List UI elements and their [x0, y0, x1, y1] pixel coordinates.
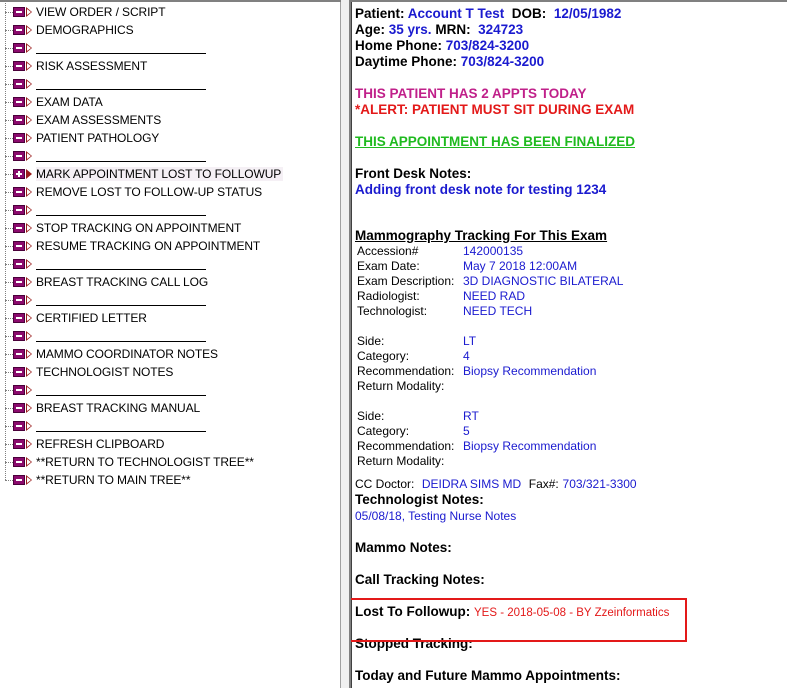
collapse-node-icon[interactable] — [13, 151, 25, 161]
collapse-node-icon[interactable] — [13, 205, 25, 215]
future-appointments-label: Today and Future Mammo Appointments: — [355, 668, 669, 684]
separator-line — [36, 330, 206, 342]
collapse-node-icon[interactable] — [13, 79, 25, 89]
patient-detail-pane: Patient: Account T Test DOB: 12/05/1982 … — [349, 2, 787, 688]
pane-splitter[interactable] — [341, 0, 349, 688]
arrow-right-icon — [26, 97, 32, 107]
tree-separator[interactable] — [0, 255, 283, 273]
patient-detail: Patient: Account T Test DOB: 12/05/1982 … — [355, 6, 669, 684]
tracking-label: Radiologist: — [357, 289, 463, 304]
arrow-right-icon — [26, 295, 32, 305]
arrow-right-icon — [26, 115, 32, 125]
arrow-right-icon — [26, 403, 32, 413]
tracking-label: Category: — [357, 424, 463, 439]
collapse-node-icon[interactable] — [13, 349, 25, 359]
tree-connector — [5, 318, 13, 319]
tracking-value: 142000135 — [463, 244, 523, 259]
tree-connector — [5, 30, 13, 31]
tracking-row: Return Modality: — [355, 454, 669, 469]
tree-item-label: DEMOGRAPHICS — [36, 23, 133, 37]
collapse-node-icon[interactable] — [13, 403, 25, 413]
arrow-right-icon — [26, 439, 32, 449]
tree-separator[interactable] — [0, 327, 283, 345]
tree-connector — [5, 426, 13, 427]
action-tree-pane[interactable]: VIEW ORDER / SCRIPTDEMOGRAPHICSRISK ASSE… — [0, 2, 341, 688]
tree-item-label: **RETURN TO MAIN TREE** — [36, 473, 190, 487]
tree-item[interactable]: DEMOGRAPHICS — [0, 21, 283, 39]
collapse-node-icon[interactable] — [13, 7, 25, 17]
front-desk-note: Adding front desk note for testing 1234 — [355, 182, 669, 198]
tracking-row: Side:LT — [355, 334, 669, 349]
finalized-status: THIS APPOINTMENT HAS BEEN FINALIZED — [355, 134, 669, 150]
tree-connector — [5, 408, 13, 409]
tracking-value: 4 — [463, 349, 470, 364]
collapse-node-icon[interactable] — [13, 313, 25, 323]
tree-connector — [5, 480, 13, 481]
tree-item-label: MARK APPOINTMENT LOST TO FOLLOWUP — [36, 167, 283, 181]
tracking-value: 3D DIAGNOSTIC BILATERAL — [463, 274, 623, 289]
tree-item[interactable]: BREAST TRACKING CALL LOG — [0, 273, 283, 291]
tracking-label: Side: — [357, 334, 463, 349]
action-tree[interactable]: VIEW ORDER / SCRIPTDEMOGRAPHICSRISK ASSE… — [0, 3, 283, 489]
collapse-node-icon[interactable] — [13, 25, 25, 35]
tree-item-label: EXAM ASSESSMENTS — [36, 113, 161, 127]
tree-connector — [5, 444, 13, 445]
tree-separator[interactable] — [0, 39, 283, 57]
collapse-node-icon[interactable] — [13, 223, 25, 233]
tree-item[interactable]: REMOVE LOST TO FOLLOW-UP STATUS — [0, 183, 283, 201]
tree-item-label: MAMMO COORDINATOR NOTES — [36, 347, 218, 361]
tree-item[interactable]: EXAM DATA — [0, 93, 283, 111]
cc-doctor-fax: 703/321-3300 — [563, 477, 637, 491]
collapse-node-icon[interactable] — [13, 331, 25, 341]
arrow-right-icon — [26, 475, 32, 485]
patient-mrn: 324723 — [478, 22, 523, 37]
tree-item[interactable]: PATIENT PATHOLOGY — [0, 129, 283, 147]
tracking-row: Accession#142000135 — [355, 244, 669, 259]
tree-item[interactable]: RISK ASSESSMENT — [0, 57, 283, 75]
tree-connector — [5, 336, 13, 337]
separator-line — [36, 78, 206, 90]
tree-item-label: **RETURN TO TECHNOLOGIST TREE** — [36, 455, 254, 469]
patient-name: Account T Test — [408, 6, 505, 21]
tracking-value: NEED TECH — [463, 304, 532, 319]
arrow-right-icon — [26, 205, 32, 215]
tracking-label: Side: — [357, 409, 463, 424]
home-phone-line: Home Phone: 703/824-3200 — [355, 38, 669, 54]
tree-item-label: PATIENT PATHOLOGY — [36, 131, 159, 145]
lost-to-followup-highlight — [349, 598, 687, 642]
tree-item-label: RESUME TRACKING ON APPOINTMENT — [36, 239, 260, 253]
tree-separator[interactable] — [0, 75, 283, 93]
tree-item[interactable]: **RETURN TO MAIN TREE** — [0, 471, 283, 489]
tree-item-label: BREAST TRACKING MANUAL — [36, 401, 200, 415]
patient-age: 35 yrs. — [389, 22, 432, 37]
collapse-node-icon[interactable] — [13, 385, 25, 395]
tree-connector — [5, 192, 13, 193]
tracking-row: Exam Date:May 7 2018 12:00AM — [355, 259, 669, 274]
tree-connector — [5, 210, 13, 211]
tracking-label: Exam Description: — [357, 274, 463, 289]
tree-connector — [5, 246, 13, 247]
technologist-note: 05/08/18, Testing Nurse Notes — [355, 508, 669, 524]
tree-item[interactable]: STOP TRACKING ON APPOINTMENT — [0, 219, 283, 237]
tree-item[interactable]: TECHNOLOGIST NOTES — [0, 363, 283, 381]
tree-item-label: BREAST TRACKING CALL LOG — [36, 275, 208, 289]
tree-connector — [5, 390, 13, 391]
tracking-row: Recommendation:Biopsy Recommendation — [355, 439, 669, 454]
collapse-node-icon[interactable] — [13, 259, 25, 269]
collapse-node-icon[interactable] — [13, 421, 25, 431]
tree-item[interactable]: RESUME TRACKING ON APPOINTMENT — [0, 237, 283, 255]
arrow-right-icon — [26, 223, 32, 233]
tracking-value: May 7 2018 12:00AM — [463, 259, 577, 274]
mammo-notes-label: Mammo Notes: — [355, 540, 669, 556]
arrow-right-icon — [26, 25, 32, 35]
collapse-node-icon[interactable] — [13, 115, 25, 125]
tracking-label: Return Modality: — [357, 454, 463, 469]
collapse-node-icon[interactable] — [13, 241, 25, 251]
home-phone: 703/824-3200 — [446, 38, 529, 53]
tracking-label: Recommendation: — [357, 364, 463, 379]
tree-item[interactable]: **RETURN TO TECHNOLOGIST TREE** — [0, 453, 283, 471]
separator-line — [36, 294, 206, 306]
tracking-label: Return Modality: — [357, 379, 463, 394]
tree-item-label: TECHNOLOGIST NOTES — [36, 365, 173, 379]
tree-connector — [5, 66, 13, 67]
tree-connector — [5, 228, 13, 229]
separator-line — [36, 258, 206, 270]
tracking-value: RT — [463, 409, 479, 424]
collapse-node-icon[interactable] — [13, 457, 25, 467]
collapse-node-icon[interactable] — [13, 43, 25, 53]
tree-separator[interactable] — [0, 417, 283, 435]
tracking-title: Mammography Tracking For This Exam — [355, 228, 669, 244]
tracking-label: Technologist: — [357, 304, 463, 319]
tree-item[interactable]: BREAST TRACKING MANUAL — [0, 399, 283, 417]
collapse-node-icon[interactable] — [13, 475, 25, 485]
arrow-right-icon — [26, 331, 32, 341]
tree-connector — [5, 102, 13, 103]
tree-item-label: EXAM DATA — [36, 95, 103, 109]
tracking-row: Recommendation:Biopsy Recommendation — [355, 364, 669, 379]
tracking-label: Recommendation: — [357, 439, 463, 454]
tracking-value: 5 — [463, 424, 470, 439]
tree-connector — [5, 120, 13, 121]
tree-item[interactable]: MAMMO COORDINATOR NOTES — [0, 345, 283, 363]
tracking-label: Accession# — [357, 244, 463, 259]
tree-connector — [5, 300, 13, 301]
tracking-row: Category:5 — [355, 424, 669, 439]
tree-connector — [5, 462, 13, 463]
tree-separator[interactable] — [0, 201, 283, 219]
tree-connector — [5, 48, 13, 49]
tree-connector — [5, 282, 13, 283]
collapse-node-icon[interactable] — [13, 61, 25, 71]
separator-line — [36, 420, 206, 432]
tree-item-label: REMOVE LOST TO FOLLOW-UP STATUS — [36, 185, 262, 199]
tracking-label: Category: — [357, 349, 463, 364]
arrow-right-icon — [26, 151, 32, 161]
separator-line — [36, 42, 206, 54]
tree-item[interactable]: MARK APPOINTMENT LOST TO FOLLOWUP — [0, 165, 283, 183]
arrow-right-icon — [26, 43, 32, 53]
age-line: Age: 35 yrs. MRN: 324723 — [355, 22, 669, 38]
tracking-value: Biopsy Recommendation — [463, 364, 596, 379]
collapse-node-icon[interactable] — [13, 133, 25, 143]
tree-connector — [5, 354, 13, 355]
arrow-right-icon — [26, 61, 32, 71]
arrow-right-icon — [26, 259, 32, 269]
arrow-right-icon — [26, 457, 32, 467]
tree-item-label: STOP TRACKING ON APPOINTMENT — [36, 221, 241, 235]
tracking-value: Biopsy Recommendation — [463, 439, 596, 454]
tracking-value: LT — [463, 334, 476, 349]
arrow-right-icon — [26, 367, 32, 377]
daytime-phone-line: Daytime Phone: 703/824-3200 — [355, 54, 669, 70]
daytime-phone: 703/824-3200 — [461, 54, 544, 69]
front-desk-notes-label: Front Desk Notes: — [355, 166, 669, 182]
collapse-node-icon[interactable] — [13, 97, 25, 107]
tree-connector — [5, 156, 13, 157]
cc-doctor-line: CC Doctor: DEIDRA SIMS MD Fax#: 703/321-… — [355, 476, 669, 492]
tree-separator[interactable] — [0, 147, 283, 165]
tree-connector — [5, 12, 13, 13]
arrow-right-icon — [26, 7, 32, 17]
tree-connector — [5, 84, 13, 85]
collapse-node-icon[interactable] — [13, 187, 25, 197]
tree-item[interactable]: VIEW ORDER / SCRIPT — [0, 3, 283, 21]
expand-node-icon[interactable] — [13, 169, 25, 179]
tree-separator[interactable] — [0, 291, 283, 309]
technologist-notes-label: Technologist Notes: — [355, 492, 669, 508]
collapse-node-icon[interactable] — [13, 295, 25, 305]
separator-line — [36, 384, 206, 396]
arrow-right-icon — [26, 241, 32, 251]
patient-dob: 12/05/1982 — [554, 6, 622, 21]
tree-separator[interactable] — [0, 381, 283, 399]
patient-line: Patient: Account T Test DOB: 12/05/1982 — [355, 6, 669, 22]
tree-connector — [5, 372, 13, 373]
tree-connector — [5, 138, 13, 139]
arrow-right-icon — [26, 169, 32, 179]
tree-item-label: RISK ASSESSMENT — [36, 59, 147, 73]
tree-item[interactable]: EXAM ASSESSMENTS — [0, 111, 283, 129]
tree-connector — [5, 174, 13, 175]
tree-item-label: CERTIFIED LETTER — [36, 311, 147, 325]
tracking-row: Exam Description:3D DIAGNOSTIC BILATERAL — [355, 274, 669, 289]
tracking-row: Return Modality: — [355, 379, 669, 394]
tracking-row: Side:RT — [355, 409, 669, 424]
arrow-right-icon — [26, 385, 32, 395]
tracking-value: NEED RAD — [463, 289, 525, 304]
collapse-node-icon[interactable] — [13, 367, 25, 377]
tracking-row: Technologist:NEED TECH — [355, 304, 669, 319]
tracking-details: Accession#142000135Exam Date:May 7 2018 … — [355, 244, 669, 469]
tree-item[interactable]: REFRESH CLIPBOARD — [0, 435, 283, 453]
collapse-node-icon[interactable] — [13, 277, 25, 287]
arrow-right-icon — [26, 313, 32, 323]
tree-connector — [5, 264, 13, 265]
tracking-label: Exam Date: — [357, 259, 463, 274]
separator-line — [36, 204, 206, 216]
arrow-right-icon — [26, 79, 32, 89]
appts-today-alert: THIS PATIENT HAS 2 APPTS TODAY — [355, 86, 669, 102]
separator-line — [36, 150, 206, 162]
collapse-node-icon[interactable] — [13, 439, 25, 449]
arrow-right-icon — [26, 277, 32, 287]
arrow-right-icon — [26, 133, 32, 143]
arrow-right-icon — [26, 349, 32, 359]
tracking-row: Category:4 — [355, 349, 669, 364]
tracking-row: Radiologist:NEED RAD — [355, 289, 669, 304]
cc-doctor-name: DEIDRA SIMS MD — [422, 477, 521, 491]
call-tracking-notes-label: Call Tracking Notes: — [355, 572, 669, 588]
tree-item-label: REFRESH CLIPBOARD — [36, 437, 164, 451]
arrow-right-icon — [26, 187, 32, 197]
arrow-right-icon — [26, 421, 32, 431]
tree-item[interactable]: CERTIFIED LETTER — [0, 309, 283, 327]
tree-item-label: VIEW ORDER / SCRIPT — [36, 5, 165, 19]
sit-during-exam-alert: *ALERT: PATIENT MUST SIT DURING EXAM — [355, 102, 669, 118]
